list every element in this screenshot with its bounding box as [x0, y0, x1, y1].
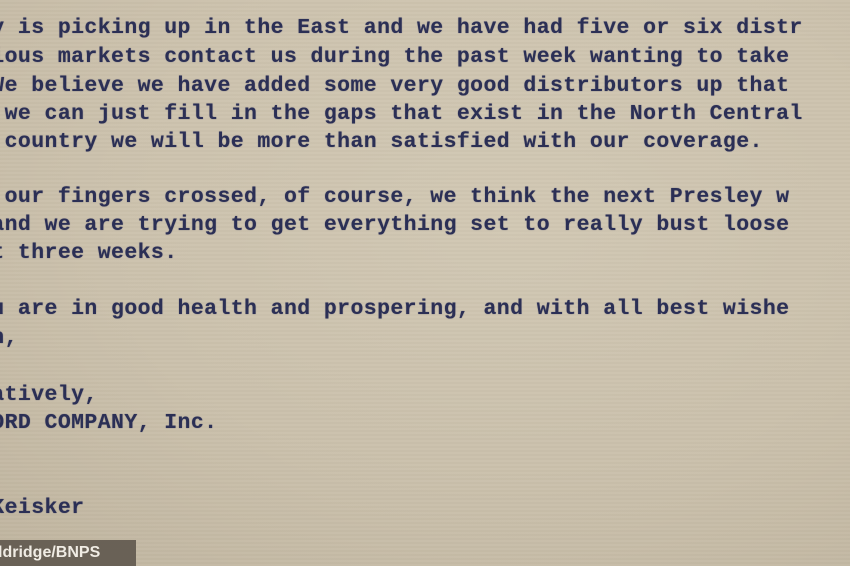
letter-line: e country we will be more than satisfied…	[0, 130, 763, 154]
letter-line: ou are in good health and prospering, an…	[0, 297, 789, 321]
closing-line: iatively,	[0, 383, 98, 407]
letter-line: rious markets contact us during the past…	[0, 45, 789, 69]
company-name: CORD COMPANY, Inc.	[0, 411, 217, 435]
letter-line: ut three weeks.	[0, 241, 178, 265]
letter-line: g our fingers crossed, of course, we thi…	[0, 185, 789, 209]
letter-line: ey is picking up in the East and we have…	[0, 16, 803, 40]
signature-name: Keisker	[0, 496, 84, 520]
letter-line: in,	[0, 326, 18, 350]
letter-line: and we are trying to get everything set …	[0, 213, 789, 237]
photo-credit-text: ldridge/BNPS	[0, 540, 100, 566]
letter-line: f we can just fill in the gaps that exis…	[0, 102, 803, 126]
letter-line: We believe we have added some very good …	[0, 74, 789, 98]
photo-credit: ldridge/BNPS	[0, 540, 136, 566]
